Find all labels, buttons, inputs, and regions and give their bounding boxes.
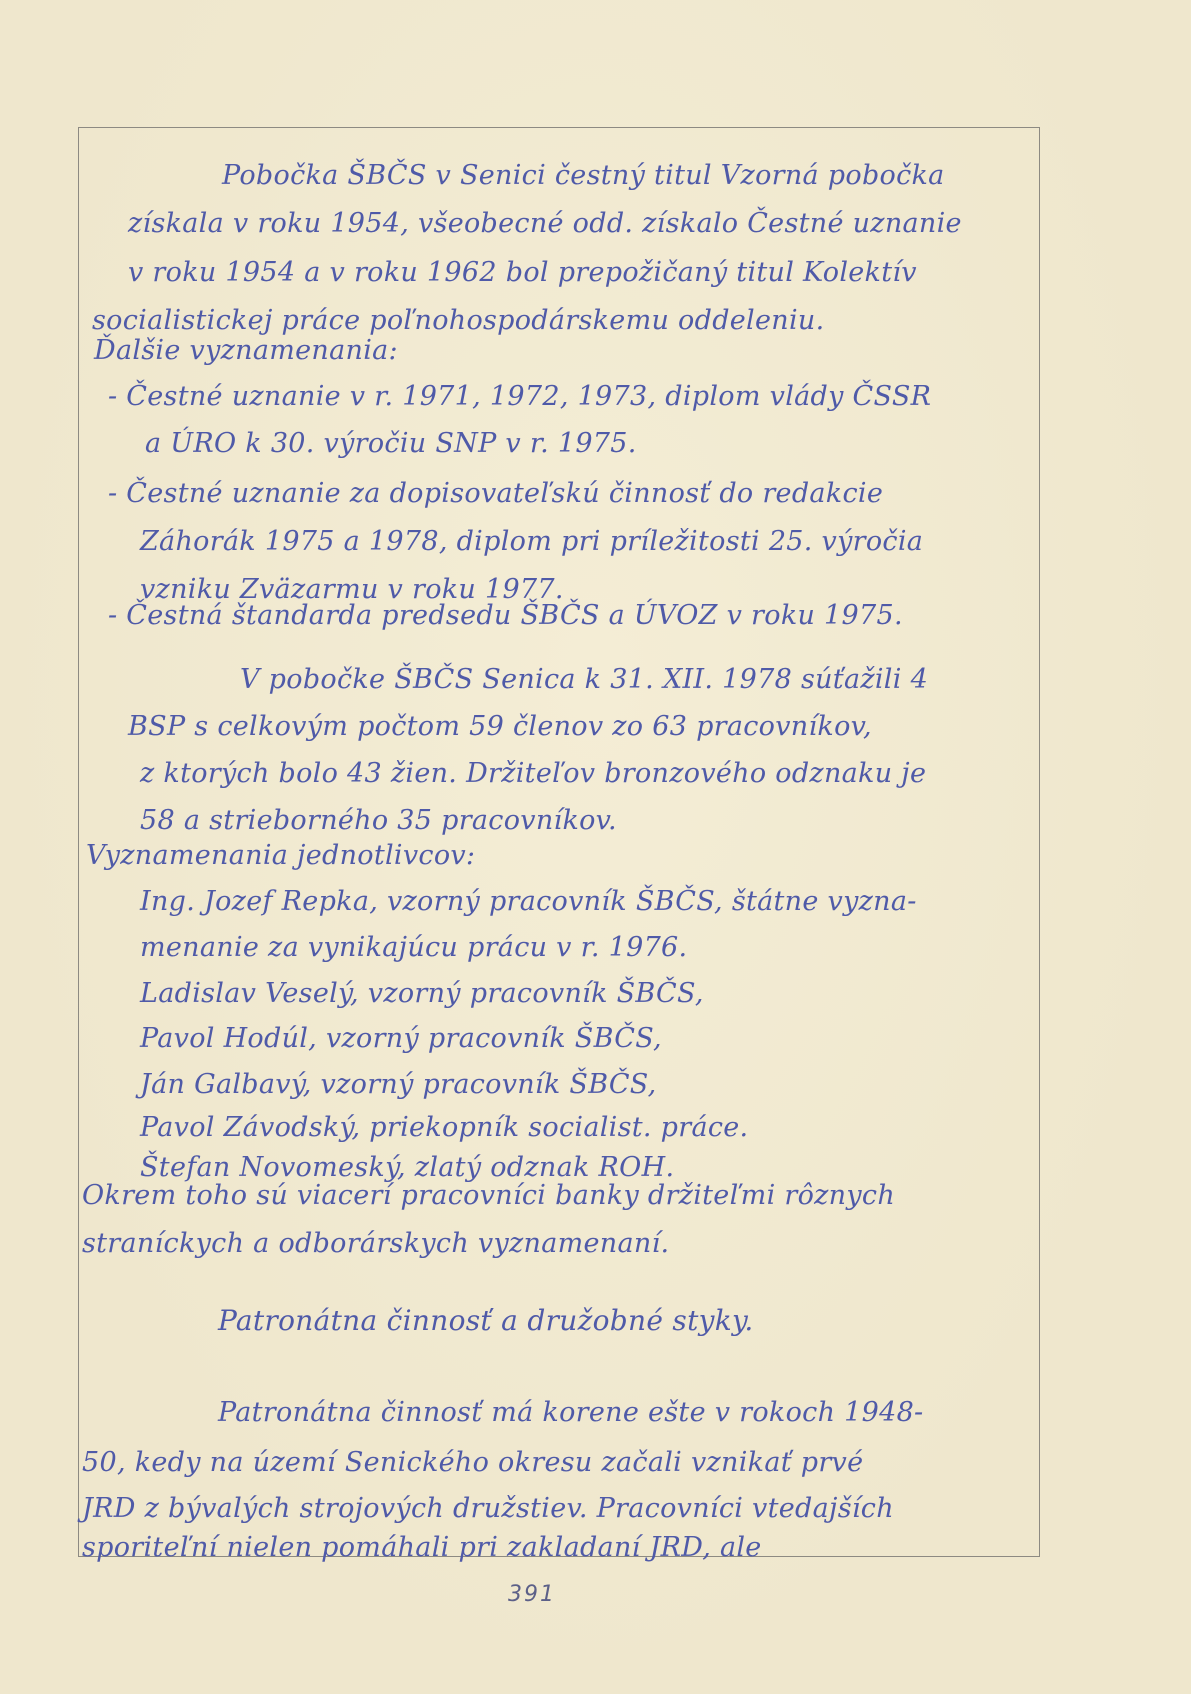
award-item: Záhorák 1975 a 1978, diplom pri príležit…: [140, 526, 923, 558]
text-line: BSP s celkovým počtom 59 členov zo 63 pr…: [128, 711, 872, 743]
award-item: - Čestné uznanie v r. 1971, 1972, 1973, …: [108, 381, 931, 413]
individual-item: Ing. Jozef Repka, vzorný pracovník ŠBČS,…: [140, 886, 917, 918]
text-line: získala v roku 1954, všeobecné odd. získ…: [128, 208, 962, 240]
text-line: Patronátna činnosť má korene ešte v roko…: [218, 1397, 923, 1429]
text-line: JRD z bývalých strojových družstiev. Pra…: [82, 1493, 894, 1525]
handwritten-page: Pobočka ŠBČS v Senici čestný titul Vzorn…: [0, 0, 1191, 1694]
text-line: 58 a strieborného 35 pracovníkov.: [140, 805, 617, 837]
page-number: 391: [508, 1582, 556, 1607]
individual-item: Ladislav Veselý, vzorný pracovník ŠBČS,: [140, 978, 704, 1010]
text-line: 50, kedy na území Senického okresu začal…: [82, 1447, 863, 1479]
award-item: - Čestné uznanie za dopisovateľskú činno…: [108, 478, 883, 510]
text-line: Okrem toho sú viacerí pracovníci banky d…: [82, 1180, 895, 1212]
text-line: z ktorých bolo 43 žien. Držiteľov bronzo…: [140, 758, 926, 790]
award-item: a ÚRO k 30. výročiu SNP v r. 1975.: [145, 428, 637, 460]
text-line: socialistickej práce poľnohospodárskemu …: [92, 305, 824, 337]
awards-heading: Ďalšie vyznamenania:: [94, 335, 398, 367]
individual-item: Pavol Závodský, priekopník socialist. pr…: [140, 1112, 748, 1144]
award-item: - Čestná štandarda predsedu ŠBČS a ÚVOZ …: [108, 600, 903, 632]
individual-item: menanie za vynikajúcu prácu v r. 1976.: [140, 932, 687, 964]
individual-item: Ján Galbavý, vzorný pracovník ŠBČS,: [140, 1069, 657, 1101]
text-line: sporiteľní nielen pomáhali pri zakladaní…: [82, 1532, 762, 1564]
text-line: Pobočka ŠBČS v Senici čestný titul Vzorn…: [222, 160, 945, 192]
text-line: V pobočke ŠBČS Senica k 31. XII. 1978 sú…: [240, 664, 928, 696]
text-line: straníckych a odborárskych vyznamenaní.: [82, 1228, 669, 1260]
text-line: v roku 1954 a v roku 1962 bol prepožičan…: [128, 257, 917, 289]
individuals-heading: Vyznamenania jednotlivcov:: [86, 840, 475, 872]
individual-item: Pavol Hodúl, vzorný pracovník ŠBČS,: [140, 1023, 662, 1055]
section-title: Patronátna činnosť a družobné styky.: [218, 1305, 754, 1337]
